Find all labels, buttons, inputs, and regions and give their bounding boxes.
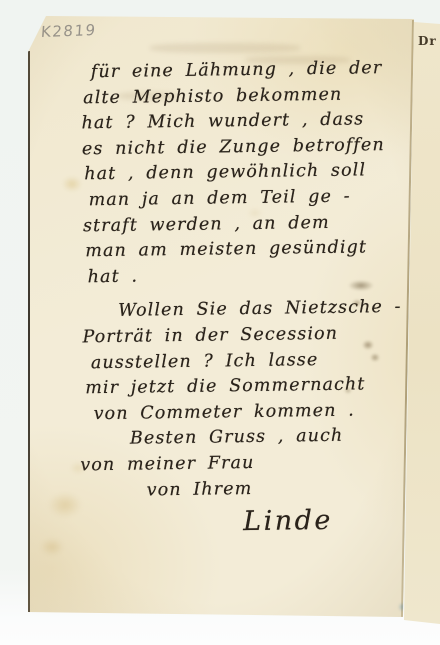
letter-line: Besten Gruss , auch — [130, 423, 416, 453]
letter-line: man am meisten gesündigt — [85, 235, 413, 265]
letter-line: für eine Lähmung , die der — [91, 56, 411, 86]
letter-line: von Ihrem — [147, 474, 417, 503]
archive-number-pencil: K2819 — [40, 21, 97, 41]
letter-line: hat , denn gewöhnlich soll — [84, 158, 412, 188]
letterhead-fragment: Dr — [418, 34, 437, 48]
letter-line: hat . — [88, 260, 414, 290]
paper-stain — [40, 538, 64, 556]
paper-stain — [62, 176, 82, 192]
letter-line: Wollen Sie das Nietzsche - — [118, 295, 414, 325]
letter-body: für eine Lähmung , die deralte Mephisto … — [81, 56, 418, 537]
paper-left-edge — [28, 51, 30, 613]
signature: Linde — [243, 507, 417, 535]
paper-stain — [48, 492, 82, 518]
ink-bleedthrough — [150, 43, 300, 53]
letter-sheet: K2819 für eine Lähmung , die deralte Mep… — [0, 0, 440, 645]
letter-scan: Dr K2819 für eine Lähmung , die deralte … — [0, 0, 440, 645]
